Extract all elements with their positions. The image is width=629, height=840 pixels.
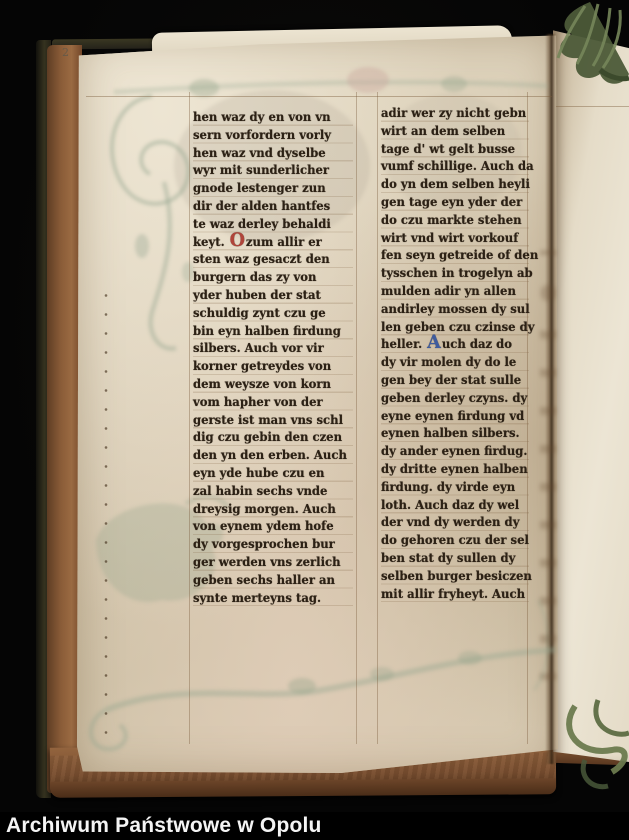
manuscript-text-line: gen tage eyn yder der bbox=[381, 193, 519, 211]
manuscript-text-line: der vnd dy werden dy bbox=[381, 513, 519, 531]
manuscript-text-line: korner getreydes von bbox=[193, 357, 342, 375]
manuscript-text-line: burgern das zy von bbox=[193, 268, 342, 286]
manuscript-text-line: sten waz gesaczt den bbox=[193, 250, 342, 268]
manuscript-text-line: vom hapher von der bbox=[193, 393, 342, 411]
manuscript-photograph: 2 hen waz dy en von vnsern vorfordern vo… bbox=[0, 0, 629, 812]
illuminated-initial: A bbox=[426, 331, 442, 353]
manuscript-column-left: hen waz dy en von vnsern vorfordern vorl… bbox=[193, 108, 353, 606]
manuscript-text-line: fen seyn getreide of den bbox=[381, 246, 519, 264]
manuscript-text-line: dir der alden hantfes bbox=[193, 197, 342, 215]
manuscript-text-line: wyr mit sunderlicher bbox=[193, 161, 342, 179]
ruling-line-facing-page bbox=[556, 106, 629, 107]
manuscript-text-line: yder huben der stat bbox=[193, 286, 342, 304]
manuscript-text-line: ben stat dy sullen dy bbox=[381, 549, 519, 567]
manuscript-text-line: do yn dem selben heyli bbox=[381, 175, 519, 193]
leather-binding-left bbox=[47, 45, 82, 793]
manuscript-text-line: geben sechs haller an bbox=[193, 571, 342, 589]
manuscript-text-line: ger werden vns zerlich bbox=[193, 553, 342, 571]
manuscript-text-line: andirley mossen dy sul bbox=[381, 300, 519, 318]
manuscript-text-line: gnode lestenger zun bbox=[193, 179, 342, 197]
manuscript-text-line: eynen halben silbers. bbox=[381, 424, 519, 442]
manuscript-text-line: hen waz vnd dyselbe bbox=[193, 144, 342, 162]
manuscript-text-line: wirt vnd wirt vorkouf bbox=[381, 229, 519, 247]
manuscript-text-line: tage d' wt gelt busse bbox=[381, 140, 519, 158]
pricking-holes bbox=[104, 286, 108, 734]
column-ruling bbox=[356, 92, 357, 744]
manuscript-text-line: dy vir molen dy do le bbox=[381, 353, 519, 371]
manuscript-text-line: dy ander eynen firdug. bbox=[381, 442, 519, 460]
manuscript-text-line: adir wer zy nicht gebn bbox=[381, 104, 519, 122]
manuscript-text-line: firdung. dy virde eyn bbox=[381, 478, 519, 496]
manuscript-text-line: dy vorgesprochen bur bbox=[193, 535, 342, 553]
manuscript-text-line: synte merteyns tag. bbox=[193, 589, 342, 607]
manuscript-text-line: silbers. Auch vor vir bbox=[193, 339, 342, 357]
archive-name-label: Archiwum Państwowe w Opolu bbox=[0, 814, 322, 838]
manuscript-text-line: sern vorfordern vorly bbox=[193, 126, 342, 144]
manuscript-text-line: geben derley czyns. dy bbox=[381, 389, 519, 407]
manuscript-text-line: dig czu gebin den czen bbox=[193, 428, 342, 446]
manuscript-text-line: dy dritte eynen halben bbox=[381, 460, 519, 478]
manuscript-text-line: schuldig zynt czu ge bbox=[193, 304, 342, 322]
folio-number: 2 bbox=[62, 46, 69, 59]
ruling-line-top bbox=[86, 96, 552, 97]
manuscript-text-line: bin eyn halben firdung bbox=[193, 322, 342, 340]
column-ruling bbox=[377, 92, 378, 744]
facing-page-edge bbox=[553, 26, 629, 762]
manuscript-text-line: dreysig morgen. Auch bbox=[193, 500, 342, 518]
manuscript-text-line: tysschen in trogelyn ab bbox=[381, 264, 519, 282]
manuscript-text-line: vumf schillige. Auch da bbox=[381, 157, 519, 175]
manuscript-text-line: heller. Auch daz do bbox=[381, 335, 519, 353]
manuscript-text-line: eyne eynen firdung vd bbox=[381, 407, 519, 425]
manuscript-text-line: do czu markte stehen bbox=[381, 211, 519, 229]
manuscript-text-line: von eynem ydem hofe bbox=[193, 517, 342, 535]
manuscript-text-line: len geben czu czinse dy bbox=[381, 318, 519, 336]
manuscript-text-line: gerste ist man vns schl bbox=[193, 411, 342, 429]
manuscript-column-right: adir wer zy nicht gebnwirt an dem selben… bbox=[381, 104, 529, 602]
manuscript-text-line: hen waz dy en von vn bbox=[193, 108, 342, 126]
manuscript-text-line: den yn den erben. Auch bbox=[193, 446, 342, 464]
archive-viewer-page: 2 hen waz dy en von vnsern vorfordern vo… bbox=[0, 0, 629, 840]
column-ruling bbox=[189, 92, 190, 744]
manuscript-text-line: te waz derley behaldi bbox=[193, 215, 342, 233]
gutter-stain bbox=[540, 250, 556, 680]
manuscript-text-line: selben burger besiczen bbox=[381, 567, 519, 585]
manuscript-text-line: keyt. Ozum allir er bbox=[193, 233, 342, 251]
manuscript-text-line: mit allir fryheyt. Auch bbox=[381, 585, 519, 603]
manuscript-text-line: do gehoren czu der sel bbox=[381, 531, 519, 549]
manuscript-text-line: wirt an dem selben bbox=[381, 122, 519, 140]
archive-caption-bar: Archiwum Państwowe w Opolu bbox=[0, 812, 629, 840]
manuscript-text-line: loth. Auch daz dy wel bbox=[381, 496, 519, 514]
manuscript-text-line: eyn yde hube czu en bbox=[193, 464, 342, 482]
manuscript-text-line: zal habin sechs vnde bbox=[193, 482, 342, 500]
manuscript-text-line: dem weysze von korn bbox=[193, 375, 342, 393]
manuscript-text-line: gen bey der stat sulle bbox=[381, 371, 519, 389]
illuminated-initial: O bbox=[229, 229, 246, 251]
manuscript-text-line: mulden adir yn allen bbox=[381, 282, 519, 300]
